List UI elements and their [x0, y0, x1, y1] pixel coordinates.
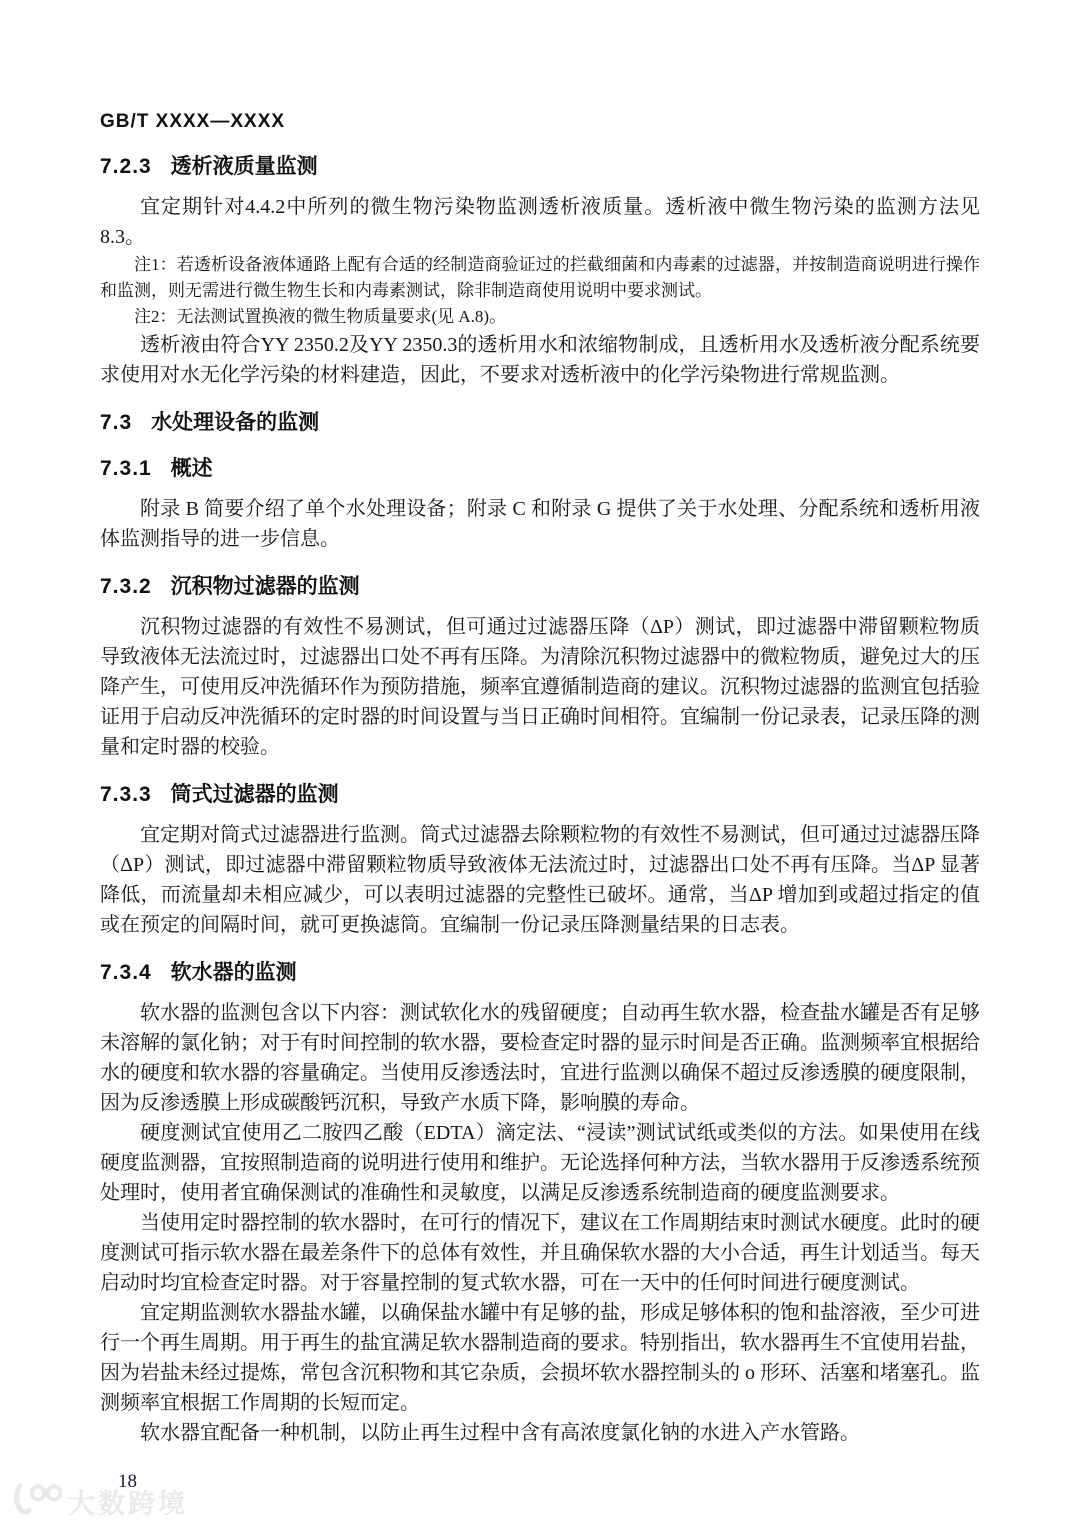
paragraph: 宜定期对筒式过滤器进行监测。筒式过滤器去除颗粒物的有效性不易测试，但可通过过滤器… [100, 820, 980, 940]
paragraph: 当使用定时器控制的软水器时，在可行的情况下，建议在工作周期结束时测试水硬度。此时… [100, 1208, 980, 1298]
section-title: 软水器的监测 [171, 961, 297, 984]
section-number: 7.3.1 [100, 457, 152, 480]
watermark-logo-icon [10, 1482, 62, 1521]
paragraph: 宜定期监测软水器盐水罐，以确保盐水罐中有足够的盐，形成足够体积的饱和盐溶液，至少… [100, 1298, 980, 1418]
section-heading-7-3-4: 7.3.4软水器的监测 [100, 960, 980, 986]
section-number: 7.2.3 [100, 155, 152, 178]
paragraph: 软水器的监测包含以下内容：测试软化水的残留硬度；自动再生软水器，检查盐水罐是否有… [100, 998, 980, 1118]
section-title: 概述 [171, 457, 213, 480]
paragraph: 软水器宜配备一种机制，以防止再生过程中含有高浓度氯化钠的水进入产水管路。 [100, 1418, 980, 1448]
section-title: 水处理设备的监测 [151, 411, 319, 434]
note-1: 注1：若透析设备液体通路上配有合适的经制造商验证过的拦截细菌和内毒素的过滤器，并… [100, 252, 980, 304]
section-heading-7-2-3: 7.2.3透析液质量监测 [100, 154, 980, 180]
section-heading-7-3-1: 7.3.1概述 [100, 456, 980, 482]
page-number: 18 [100, 1470, 980, 1494]
section-number: 7.3.4 [100, 961, 152, 984]
paragraph: 宜定期针对4.4.2中所列的微生物污染物监测透析液质量。透析液中微生物污染的监测… [100, 192, 980, 252]
paragraph: 硬度测试宜使用乙二胺四乙酸（EDTA）滴定法、“浸读”测试试纸或类似的方法。如果… [100, 1118, 980, 1208]
section-number: 7.3.3 [100, 783, 152, 806]
section-heading-7-3-2: 7.3.2沉积物过滤器的监测 [100, 574, 980, 600]
note-2: 注2：无法测试置换液的微生物质量要求(见 A.8)。 [100, 304, 980, 330]
section-heading-7-3: 7.3水处理设备的监测 [100, 410, 980, 436]
standard-number-header: GB/T XXXX—XXXX [100, 110, 980, 134]
section-title: 透析液质量监测 [171, 155, 318, 178]
section-heading-7-3-3: 7.3.3筒式过滤器的监测 [100, 782, 980, 808]
paragraph: 透析液由符合YY 2350.2及YY 2350.3的透析用水和浓缩物制成，且透析… [100, 330, 980, 390]
paragraph: 附录 B 简要介绍了单个水处理设备；附录 C 和附录 G 提供了关于水处理、分配… [100, 494, 980, 554]
watermark-text: 大数跨境 [68, 1482, 188, 1521]
section-number: 7.3 [100, 411, 132, 434]
watermark: 大数跨境 [10, 1482, 188, 1521]
section-title: 筒式过滤器的监测 [171, 783, 339, 806]
section-title: 沉积物过滤器的监测 [171, 575, 360, 598]
document-page: GB/T XXXX—XXXX 7.2.3透析液质量监测 宜定期针对4.4.2中所… [0, 0, 1080, 1527]
section-number: 7.3.2 [100, 575, 152, 598]
paragraph: 沉积物过滤器的有效性不易测试，但可通过过滤器压降（ΔP）测试，即过滤器中滞留颗粒… [100, 612, 980, 762]
